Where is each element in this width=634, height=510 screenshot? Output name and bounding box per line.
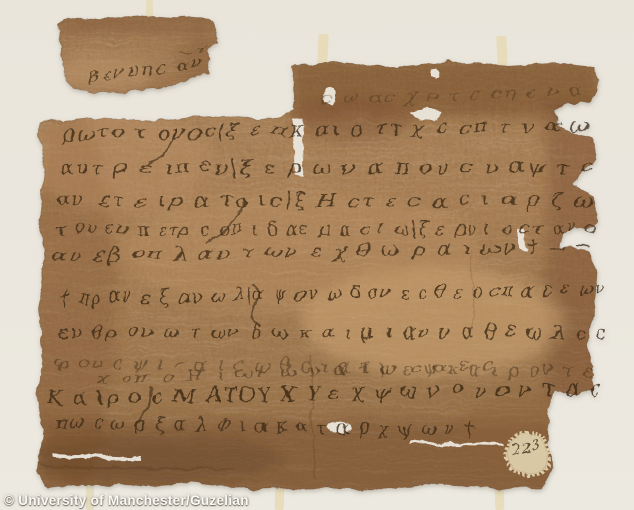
tape-strip (495, 484, 505, 510)
papyrus-fragments: βεννηϲ αν‒τ (20, 8, 607, 495)
papyrus-script-line: τ ον εν π ετρ ϲ οπ ι δ αε μ α ϲ ι ω|ξ ε … (54, 217, 596, 238)
copyright-watermark: © University of Manchester/Guzelian (4, 493, 249, 508)
papyrus-script-line: εν θρ ον ω τ ων δ ω κ α ι μ ι αν ν α θ ε… (57, 320, 607, 342)
papyrus-script-line: αυτ ρ ε ιπ εν|ξ ε ρ ω ν α π ον ϲ ν αψ τ … (57, 155, 593, 177)
papyrus-script-line: αν ετ ε ιρ α το ιϲ|ξ Η ϲτ ε ϲ α ϲ ι α ρ … (54, 188, 594, 210)
papyrus-photograph: βεννηϲ αν‒τ (0, 0, 634, 510)
tape-strip (496, 36, 508, 66)
papyrus-photo-canvas: βεννηϲ αν‒τ (0, 0, 634, 510)
main-papyrus-fragment: ϲ ω αϲ χ ρ τ ϲ ϲη ϲ ν αρωτο τ ονοϲ|ξ ε π… (20, 55, 607, 495)
tape-strip (317, 34, 329, 64)
tape-strip (275, 484, 285, 510)
